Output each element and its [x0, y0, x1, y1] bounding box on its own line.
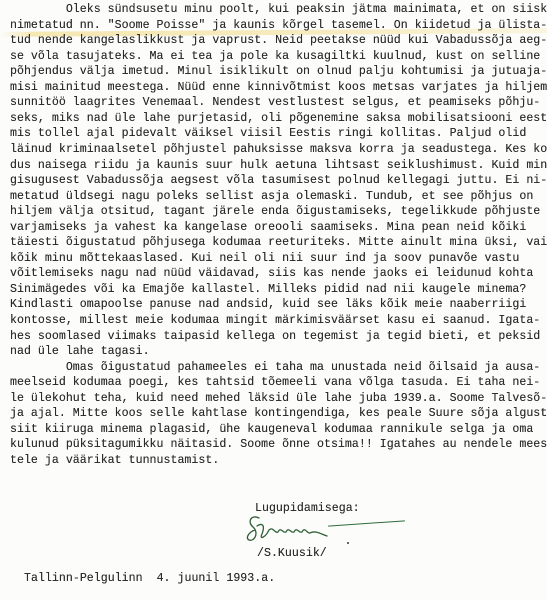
- body-line: kõik minu mõttekaaslased. Kui neil oli n…: [10, 251, 519, 267]
- body-line: dus naisega riidu ja kaunis suur hulk ae…: [10, 158, 547, 174]
- body-line: mis tollel ajal pidevalt väiksel viisil …: [10, 126, 526, 142]
- body-line: sunnitöö laagrites Venemaal. Nendest ves…: [10, 95, 540, 111]
- body-line: põhjendus välja imetud. Minul isiklikult…: [10, 64, 547, 80]
- body-line: kontosse, millest meie kodumaa mingit mä…: [10, 313, 540, 329]
- body-line: tele ja väärikat tunnustamist.: [10, 453, 219, 469]
- body-line: metatud üldsegi nagu poleks sellist asja…: [10, 189, 533, 205]
- body-line: misi mainitud meestega. Nüüd enne kinniv…: [10, 80, 547, 96]
- body-line: gisugusest Vabadussõja aegsest võla tasu…: [10, 173, 547, 189]
- body-line: varjamiseks ja vahest ka kangelase oreoo…: [10, 220, 526, 236]
- body-line: täiesti õigustatud põhjusega kodumaa ree…: [10, 235, 547, 251]
- body-line: Omas õigustatud pahameeles ei taha ma un…: [10, 360, 540, 376]
- place-and-date: Tallinn-Pelgulinn 4. juunil 1993.a.: [24, 571, 275, 587]
- body-line: le ülekohut teha, kuid need mehed läksid…: [10, 391, 547, 407]
- body-line: nad üle lahe tagasi.: [10, 344, 150, 360]
- body-line: läinud kriminaalsetel põhjustel pahuksis…: [10, 142, 547, 158]
- body-line: Sinimägedes või ka Emajõe kallastel. Mil…: [10, 282, 526, 298]
- typed-signature-name: /S.Kuusik/: [257, 546, 327, 562]
- body-line: Kindlasti omapoolse panuse nad andsid, k…: [10, 297, 526, 313]
- body-line: tud nende kangelaslikkust ja vaprust. Ne…: [10, 33, 547, 49]
- body-line: ja ajal. Mitte koos selle kahtlase konti…: [10, 406, 547, 422]
- body-line: nimetatud nn. "Soome Poisse" ja kaunis k…: [10, 18, 547, 34]
- signature-dot: [347, 542, 349, 544]
- body-line: Oleks sündsusetu minu poolt, kui peaksin…: [10, 2, 547, 18]
- body-line: hiljem välja otsitud, tagant järele enda…: [10, 204, 540, 220]
- body-line: hes soomlased viimaks taipasid kellega o…: [10, 329, 540, 345]
- body-line: se võla tasujateks. Ma ei tea ja pole ka…: [10, 49, 540, 65]
- body-line: võitlemiseks nagu nad nüüd väidavad, sii…: [10, 266, 533, 282]
- body-line: siit kiiruga minema plagasid, ühe kaugen…: [10, 422, 533, 438]
- typewritten-letter-page: Oleks sündsusetu minu poolt, kui peaksin…: [0, 0, 547, 600]
- body-line: kulunud püksitagumikku näitasid. Soome õ…: [10, 437, 547, 453]
- body-line: seks, miks nad üle lahe purjetasid, oli …: [10, 111, 547, 127]
- body-line: meelseid kodumaa poegi, kes tahtsid tõem…: [10, 375, 540, 391]
